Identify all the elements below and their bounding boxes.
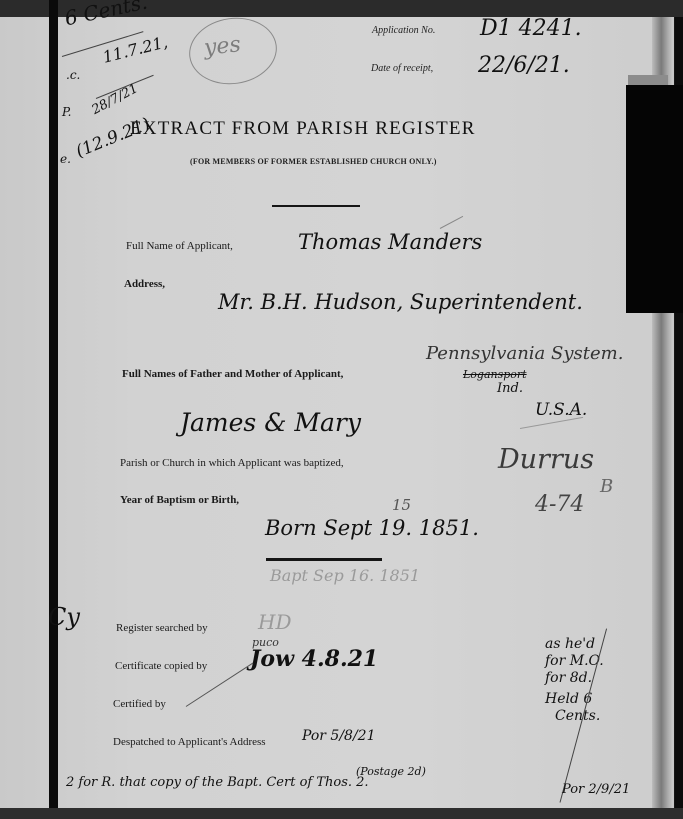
parish-label: Parish or Church in which Applicant was … — [120, 457, 344, 469]
page-index-tab — [626, 85, 683, 313]
address-value: Mr. B.H. Hudson, Superintendent. — [218, 290, 583, 314]
register-reference-mark: B — [600, 476, 613, 497]
parish-value: Durrus — [498, 444, 594, 475]
side-note: as he'd for M.O. for 8d. Held 6 Cents. — [545, 636, 604, 725]
year-label: Year of Baptism or Birth, — [120, 494, 239, 506]
year-value: Born Sept 19. 1851. — [265, 516, 479, 540]
application-no-value: D1 4241. — [480, 16, 582, 41]
despatched-label: Despatched to Applicant's Address — [113, 736, 266, 748]
page-tab-highlight — [628, 75, 668, 85]
margin-note-prefix-1: .c. — [66, 68, 80, 82]
certified-by-label: Certified by — [113, 698, 166, 710]
yes-note: yes — [203, 32, 242, 61]
title-rule — [272, 205, 360, 207]
application-no-label: Application No. — [372, 25, 435, 36]
despatched-value: Por 5/8/21 — [302, 728, 376, 744]
register-searched-value: HD — [258, 610, 291, 634]
address-line-4: Ind. — [497, 381, 523, 396]
document-subtitle: (FOR MEMBERS OF FORMER ESTABLISHED CHURC… — [190, 157, 437, 166]
bottom-dark-border — [0, 808, 683, 819]
side-note-line: Cents. — [545, 708, 604, 725]
parents-value: James & Mary — [180, 408, 361, 437]
copy-mark: Cy — [48, 603, 80, 631]
year-underline — [266, 558, 382, 561]
bottom-note: 2 for R. that copy of the Bapt. Cert of … — [66, 775, 369, 790]
baptism-note: Bapt Sep 16. 1851 — [270, 566, 420, 585]
date-of-receipt-value: 22/6/21. — [478, 53, 570, 78]
parents-label: Full Names of Father and Mother of Appli… — [122, 368, 343, 380]
document-title: EXTRACT FROM PARISH REGISTER — [130, 118, 476, 140]
address-line-2: Pennsylvania System. — [426, 343, 623, 364]
register-searched-label: Register searched by — [116, 622, 208, 634]
book-gutter-line — [49, 0, 58, 808]
margin-note-prefix-3: e. — [60, 152, 71, 166]
side-note-signature: Por 2/9/21 — [562, 782, 630, 797]
certificate-copied-value: Jow 4.8.21 — [250, 646, 378, 672]
address-line-3-struck: Logansport — [463, 368, 527, 381]
address-label: Address, — [124, 278, 165, 290]
bottom-note-postage: (Postage 2d) — [356, 765, 426, 778]
date-of-receipt-label: Date of receipt, — [371, 63, 433, 74]
side-note-line: as he'd — [545, 636, 604, 653]
full-name-value: Thomas Manders — [298, 230, 482, 254]
full-name-label: Full Name of Applicant, — [126, 240, 233, 252]
margin-note-prefix-2: P. — [62, 105, 71, 119]
year-correction: 15 — [392, 496, 411, 514]
side-note-line: Held 6 — [545, 691, 604, 708]
register-reference: 4-74 — [535, 492, 584, 517]
certificate-copied-label: Certificate copied by — [115, 660, 207, 672]
